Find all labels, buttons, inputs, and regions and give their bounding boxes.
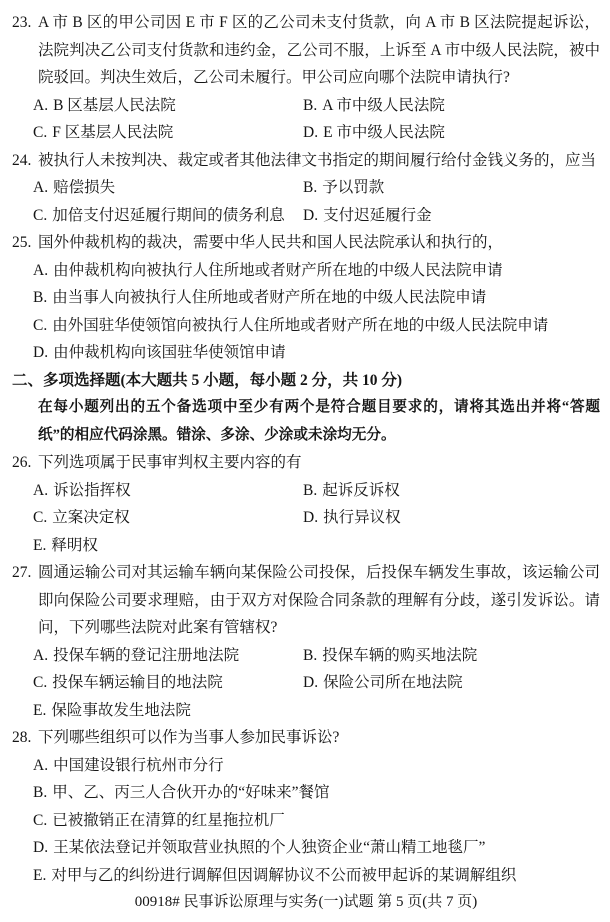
option-d: D.支付迟延履行金 (303, 202, 600, 230)
option-label: B. (303, 647, 322, 664)
option-row: A.投保车辆的登记注册地法院 B.投保车辆的购买地法院 (33, 642, 600, 670)
question-number: 25. (12, 229, 38, 257)
option-text: 起诉反诉权 (322, 482, 400, 499)
option-d: D.保险公司所在地法院 (303, 669, 600, 697)
option-label: E. (33, 537, 51, 554)
option-label: B. (33, 784, 52, 801)
page-footer: 00918# 民事诉讼原理与实务(一)试题 第 5 页(共 7 页) (12, 889, 600, 917)
option-row: C.F 区基层人民法院 D.E 市中级人民法院 (33, 119, 600, 147)
options: A.诉讼指挥权 B.起诉反诉权 C.立案决定权 D.执行异议权 E.释明权 (33, 477, 600, 560)
option-label: D. (303, 207, 323, 224)
option-text: 赔偿损失 (53, 179, 115, 196)
option-row: A.诉讼指挥权 B.起诉反诉权 (33, 477, 600, 505)
options: A.赔偿损失 B.予以罚款 C.加倍支付迟延履行期间的债务利息 D.支付迟延履行… (33, 174, 600, 229)
option-b: B.投保车辆的购买地法院 (303, 642, 600, 670)
option-c: C.立案决定权 (33, 504, 303, 532)
option-e: E.释明权 (33, 532, 600, 560)
section-instructions: 在每小题列出的五个备选项中至少有两个是符合题目要求的，请将其选出并将“答题纸”的… (38, 394, 600, 449)
option-label: D. (303, 509, 323, 526)
option-label: C. (33, 317, 52, 334)
options: A.投保车辆的登记注册地法院 B.投保车辆的购买地法院 C.投保车辆运输目的地法… (33, 642, 600, 725)
option-d: D.由仲裁机构向该国驻华使领馆申请 (33, 339, 600, 367)
option-label: C. (33, 509, 52, 526)
question-number: 27. (12, 559, 38, 587)
option-text: 释明权 (51, 537, 98, 554)
option-d: D.王某依法登记并领取营业执照的个人独资企业“萧山精工地毯厂” (33, 834, 600, 862)
option-label: A. (33, 262, 53, 279)
option-a: A.中国建设银行杭州市分行 (33, 752, 600, 780)
question-26: 26. 下列选项属于民事审判权主要内容的有 A.诉讼指挥权 B.起诉反诉权 C.… (12, 449, 600, 559)
question-stem: 被执行人未按判决、裁定或者其他法律文书指定的期间履行给付金钱义务的，应当 (38, 147, 600, 175)
question-23: 23. A 市 B 区的甲公司因 E 市 F 区的乙公司未支付货款，向 A 市 … (12, 9, 600, 147)
options: A.中国建设银行杭州市分行 B.甲、乙、丙三人合伙开办的“好味来”餐馆 C.已被… (33, 752, 600, 890)
option-c: C.由外国驻华使领馆向被执行人住所地或者财产所在地的中级人民法院申请 (33, 312, 600, 340)
option-text: E 市中级人民法院 (323, 124, 445, 141)
options: A.B 区基层人民法院 B.A 市中级人民法院 C.F 区基层人民法院 D.E … (33, 92, 600, 147)
option-label: D. (33, 344, 53, 361)
option-label: E. (33, 867, 51, 884)
option-label: D. (33, 839, 53, 856)
option-text: 已被撤销正在清算的红星拖拉机厂 (52, 812, 285, 829)
option-e: E.对甲与乙的纠纷进行调解但因调解协议不公而被甲起诉的某调解组织 (33, 862, 600, 890)
option-label: C. (33, 812, 52, 829)
question-stem: A 市 B 区的甲公司因 E 市 F 区的乙公司未支付货款，向 A 市 B 区法… (38, 9, 600, 92)
section-2: 二、多项选择题(本大题共 5 小题，每小题 2 分，共 10 分) 在每小题列出… (12, 367, 600, 450)
option-text: 投保车辆的登记注册地法院 (53, 647, 239, 664)
option-d: D.执行异议权 (303, 504, 600, 532)
option-text: 投保车辆的购买地法院 (322, 647, 477, 664)
option-a: A.B 区基层人民法院 (33, 92, 303, 120)
question-number: 28. (12, 724, 38, 752)
option-text: 执行异议权 (323, 509, 401, 526)
option-text: 投保车辆运输目的地法院 (52, 674, 223, 691)
option-b: B.甲、乙、丙三人合伙开办的“好味来”餐馆 (33, 779, 600, 807)
option-label: A. (33, 482, 53, 499)
option-label: B. (303, 482, 322, 499)
option-c: C.F 区基层人民法院 (33, 119, 303, 147)
option-e: E.保险事故发生地法院 (33, 697, 600, 725)
option-text: B 区基层人民法院 (53, 97, 176, 114)
option-label: C. (33, 674, 52, 691)
question-stem: 圆通运输公司对其运输车辆向某保险公司投保，后投保车辆发生事故，该运输公司即向保险… (38, 559, 600, 642)
question-number: 24. (12, 147, 38, 175)
option-label: B. (303, 179, 322, 196)
option-text: 中国建设银行杭州市分行 (53, 757, 224, 774)
question-28: 28. 下列哪些组织可以作为当事人参加民事诉讼? A.中国建设银行杭州市分行 B… (12, 724, 600, 889)
option-a: A.诉讼指挥权 (33, 477, 303, 505)
option-text: 由仲裁机构向该国驻华使领馆申请 (53, 344, 286, 361)
option-text: 王某依法登记并领取营业执照的个人独资企业“萧山精工地毯厂” (53, 839, 485, 856)
option-d: D.E 市中级人民法院 (303, 119, 600, 147)
question-27: 27. 圆通运输公司对其运输车辆向某保险公司投保，后投保车辆发生事故，该运输公司… (12, 559, 600, 724)
option-row: C.立案决定权 D.执行异议权 (33, 504, 600, 532)
option-label: A. (33, 647, 53, 664)
option-label: A. (33, 97, 53, 114)
option-row: C.投保车辆运输目的地法院 D.保险公司所在地法院 (33, 669, 600, 697)
option-text: 由仲裁机构向被执行人住所地或者财产所在地的中级人民法院申请 (53, 262, 503, 279)
options: A.由仲裁机构向被执行人住所地或者财产所在地的中级人民法院申请 B.由当事人向被… (33, 257, 600, 367)
option-b: B.由当事人向被执行人住所地或者财产所在地的中级人民法院申请 (33, 284, 600, 312)
question-number: 23. (12, 9, 38, 37)
option-b: B.起诉反诉权 (303, 477, 600, 505)
option-row: A.B 区基层人民法院 B.A 市中级人民法院 (33, 92, 600, 120)
option-text: 立案决定权 (52, 509, 130, 526)
option-text: A 市中级人民法院 (322, 97, 445, 114)
option-row: C.加倍支付迟延履行期间的债务利息 D.支付迟延履行金 (33, 202, 600, 230)
exam-page: 23. A 市 B 区的甲公司因 E 市 F 区的乙公司未支付货款，向 A 市 … (12, 9, 600, 917)
option-label: D. (303, 674, 323, 691)
question-stem: 下列选项属于民事审判权主要内容的有 (38, 449, 600, 477)
option-label: B. (303, 97, 322, 114)
section-title: 二、多项选择题(本大题共 5 小题，每小题 2 分，共 10 分) (12, 367, 600, 395)
option-a: A.投保车辆的登记注册地法院 (33, 642, 303, 670)
option-label: A. (33, 179, 53, 196)
option-text: F 区基层人民法院 (52, 124, 173, 141)
option-text: 对甲与乙的纠纷进行调解但因调解协议不公而被甲起诉的某调解组织 (51, 867, 516, 884)
question-24: 24. 被执行人未按判决、裁定或者其他法律文书指定的期间履行给付金钱义务的，应当… (12, 147, 600, 230)
option-text: 支付迟延履行金 (323, 207, 432, 224)
option-label: A. (33, 757, 53, 774)
question-stem: 下列哪些组织可以作为当事人参加民事诉讼? (38, 724, 600, 752)
option-b: B.A 市中级人民法院 (303, 92, 600, 120)
option-text: 保险公司所在地法院 (323, 674, 463, 691)
option-b: B.予以罚款 (303, 174, 600, 202)
option-text: 由当事人向被执行人住所地或者财产所在地的中级人民法院申请 (52, 289, 486, 306)
option-label: B. (33, 289, 52, 306)
option-text: 由外国驻华使领馆向被执行人住所地或者财产所在地的中级人民法院申请 (52, 317, 548, 334)
option-text: 诉讼指挥权 (53, 482, 131, 499)
option-c: C.已被撤销正在清算的红星拖拉机厂 (33, 807, 600, 835)
question-25: 25. 国外仲裁机构的裁决，需要中华人民共和国人民法院承认和执行的， A.由仲裁… (12, 229, 600, 367)
option-label: C. (33, 207, 52, 224)
option-c: C.投保车辆运输目的地法院 (33, 669, 303, 697)
option-label: E. (33, 702, 51, 719)
option-a: A.赔偿损失 (33, 174, 303, 202)
option-text: 加倍支付迟延履行期间的债务利息 (52, 207, 285, 224)
option-text: 保险事故发生地法院 (51, 702, 191, 719)
question-number: 26. (12, 449, 38, 477)
option-c: C.加倍支付迟延履行期间的债务利息 (33, 202, 303, 230)
option-label: C. (33, 124, 52, 141)
question-stem: 国外仲裁机构的裁决，需要中华人民共和国人民法院承认和执行的， (38, 229, 600, 257)
option-row: A.赔偿损失 B.予以罚款 (33, 174, 600, 202)
option-text: 甲、乙、丙三人合伙开办的“好味来”餐馆 (52, 784, 329, 801)
option-label: D. (303, 124, 323, 141)
option-a: A.由仲裁机构向被执行人住所地或者财产所在地的中级人民法院申请 (33, 257, 600, 285)
option-text: 予以罚款 (322, 179, 384, 196)
